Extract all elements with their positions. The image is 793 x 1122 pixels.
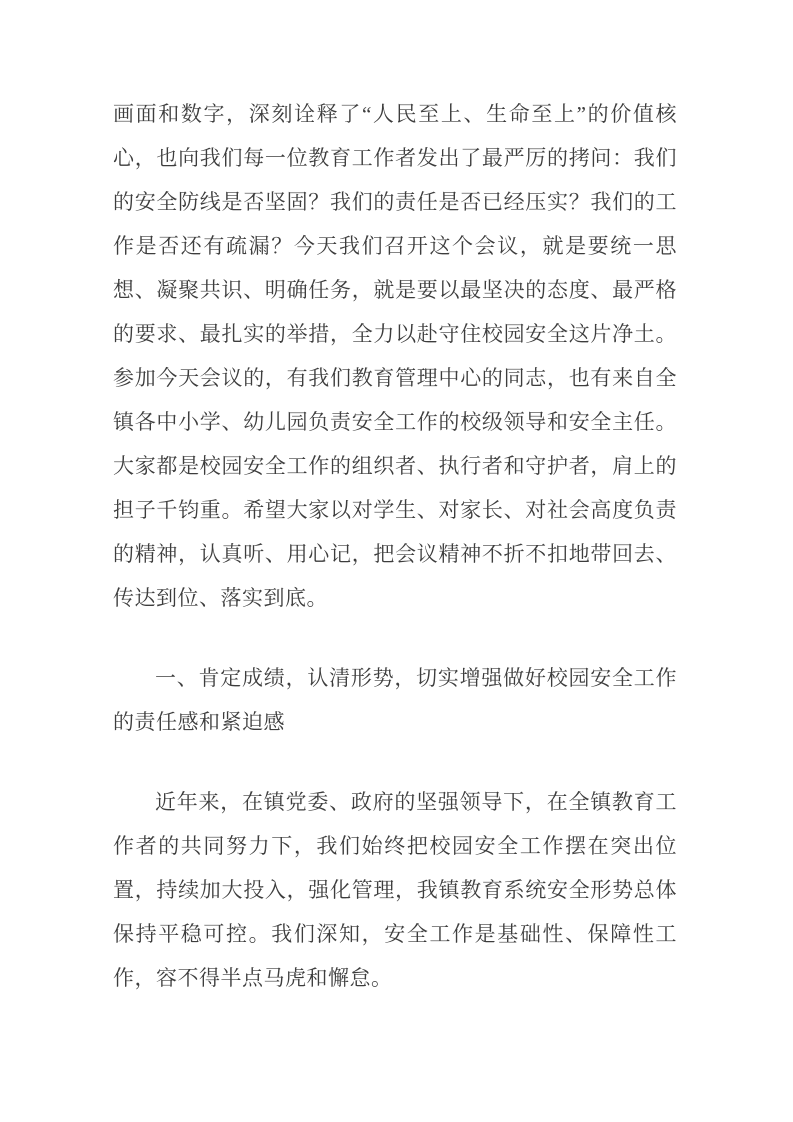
document-text-block: 画面和数字，深刻诠释了“人民至上、生命至上”的价值核心，也向我们每一位教育工作者… (113, 92, 677, 1000)
paragraph-body-2: 近年来，在镇党委、政府的坚强领导下，在全镇教育工作者的共同努力下，我们始终把校园… (113, 780, 677, 1000)
section-heading-1: 一、肯定成绩，认清形势，切实增强做好校园安全工作的责任感和紧迫感 (113, 656, 677, 744)
paragraph-body-continuation: 画面和数字，深刻诠释了“人民至上、生命至上”的价值核心，也向我们每一位教育工作者… (113, 92, 677, 620)
document-page: 画面和数字，深刻诠释了“人民至上、生命至上”的价值核心，也向我们每一位教育工作者… (0, 0, 793, 1122)
